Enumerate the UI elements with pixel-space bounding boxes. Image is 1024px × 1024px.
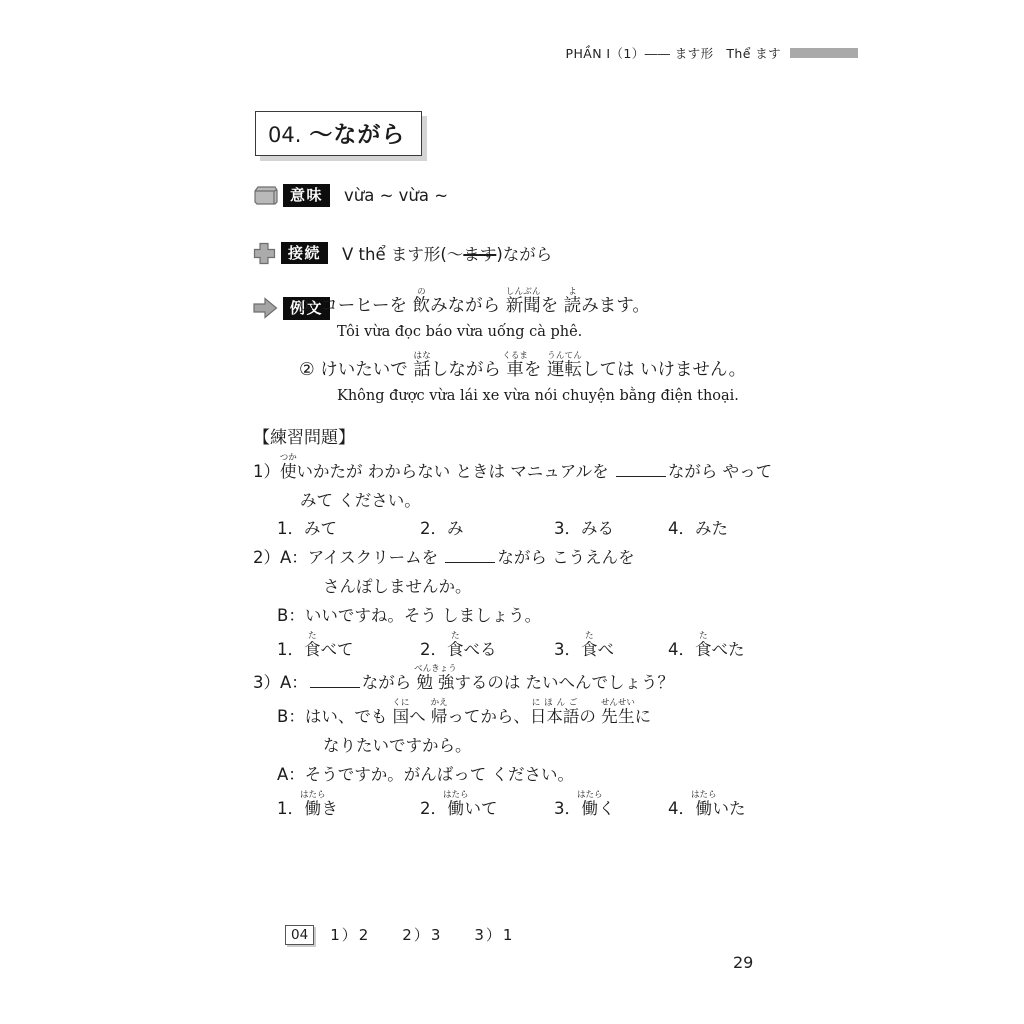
header-decorative-bar — [790, 48, 858, 58]
book-icon — [253, 185, 278, 206]
meaning-badge: 意味 — [283, 184, 330, 207]
problem-1-line-1: 1）使つかいかたが わからない ときは マニュアルを ながら やって — [253, 453, 813, 487]
choice-option: 4．食たべた — [668, 631, 813, 665]
lesson-title-box: 04. 〜ながら — [255, 111, 422, 156]
choice-option: 2．働はたらいて — [420, 790, 554, 824]
problem-2-line-2: さんぽしませんか。 — [253, 573, 813, 602]
arrow-right-icon — [253, 297, 278, 319]
connection-badge: 接続 — [281, 242, 328, 265]
choice-option: 1．働はたらき — [277, 790, 420, 824]
problem-2-line-1: 2）A：アイスクリームを ながら こうえんを — [253, 544, 813, 573]
answer-item-3: 3）1 — [474, 924, 514, 945]
problem-3-line-4: A：そうですか。がんばって ください。 — [253, 761, 813, 790]
answer-lesson-number: 04 — [285, 925, 314, 945]
problem-2-line-3: B：いいですね。そう しましょう。 — [253, 602, 813, 631]
problem-1-line-2: みて ください。 — [253, 487, 813, 516]
choice-option: 2．み — [420, 515, 554, 544]
page-header: PHẦN Ⅰ（1）―― ます形 Thể ます — [0, 44, 858, 62]
choice-option: 4．働はたらいた — [668, 790, 813, 824]
practice-section: 【練習問題】 1）使つかいかたが わからない ときは マニュアルを ながら やっ… — [253, 424, 813, 823]
example-1-vietnamese: Tôi vừa đọc báo vừa uống cà phê. — [299, 321, 799, 344]
answer-key: 04 1）2 2）3 3）1 — [285, 924, 546, 945]
example-sentences: ① コーヒーを 飲のみながら 新聞しんぶんを 読よみます。 Tôi vừa đọ… — [299, 287, 799, 415]
meaning-row: 意味 vừa ~ vừa ~ — [253, 184, 448, 207]
choice-option: 3．食たべ — [554, 631, 668, 665]
choice-option: 1．みて — [277, 515, 420, 544]
plus-icon — [253, 242, 276, 265]
problem-3-line-2: B：はい、でも 国くにへ 帰かえってから、日本語にほんごの 先生せんせいに — [253, 698, 813, 732]
connection-text: V thể ます形(〜ます)ながら — [342, 241, 552, 265]
lesson-number: 04. — [268, 123, 301, 147]
choice-option: 4．みた — [668, 515, 813, 544]
choice-option: 2．食たべる — [420, 631, 554, 665]
practice-heading: 【練習問題】 — [253, 424, 813, 453]
lesson-title: 〜ながら — [309, 116, 405, 149]
problem-3-line-3: なりたいですから。 — [253, 732, 813, 761]
choice-option: 3．働はたらく — [554, 790, 668, 824]
choice-option: 1．食たべて — [277, 631, 420, 665]
answer-item-2: 2）3 — [402, 924, 442, 945]
choice-option: 3．みる — [554, 515, 668, 544]
problem-3-line-1: 3）A：ながら 勉強べんきょうするのは たいへんでしょう？ — [253, 664, 813, 698]
answer-item-1: 1）2 — [330, 924, 370, 945]
problem-3-choices: 1．働はたらき 2．働はたらいて 3．働はたらく 4．働はたらいた — [253, 790, 813, 824]
connection-row: 接続 V thể ます形(〜ます)ながら — [253, 241, 552, 265]
problem-1-choices: 1．みて 2．み 3．みる 4．みた — [253, 515, 813, 544]
problem-2-choices: 1．食たべて 2．食たべる 3．食たべ 4．食たべた — [253, 631, 813, 665]
header-breadcrumb: PHẦN Ⅰ（1）―― ます形 Thể ます — [566, 44, 781, 62]
example-2-japanese: ② けいたいで 話はなしながら 車くるまを 運転うんてんしては いけません。 — [299, 351, 799, 385]
textbook-page: PHẦN Ⅰ（1）―― ます形 Thể ます 04. 〜ながら 意味 vừa ~… — [0, 0, 1024, 1024]
meaning-text: vừa ~ vừa ~ — [344, 186, 448, 205]
example-2-vietnamese: Không được vừa lái xe vừa nói chuyện bằn… — [299, 385, 799, 408]
page-number: 29 — [733, 953, 753, 972]
example-1-japanese: ① コーヒーを 飲のみながら 新聞しんぶんを 読よみます。 — [299, 287, 799, 321]
